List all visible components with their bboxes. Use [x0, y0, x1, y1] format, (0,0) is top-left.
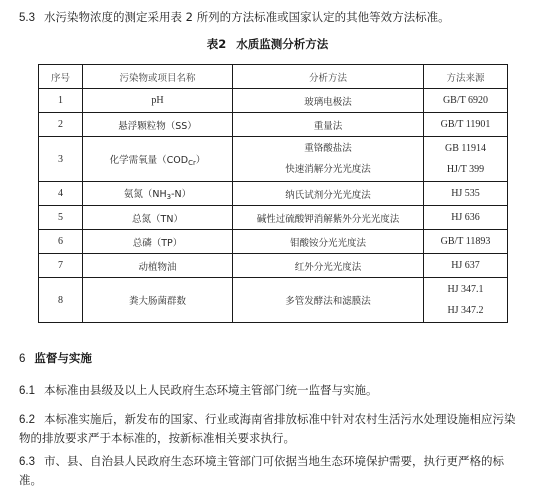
row-source: GB 11914 HJ/T 399 [424, 137, 508, 182]
row-name: 悬浮颗粒物（SS） [83, 113, 233, 137]
name-text: 化学需氧量（COD [110, 155, 188, 166]
row-name: pH [83, 89, 233, 113]
header-name: 污染物或项目名称 [83, 65, 233, 89]
table-caption-title: 水质监测分析方法 [236, 37, 328, 51]
clause-number: 5.3 [19, 12, 35, 24]
method-line: 快速消解分光光度法 [233, 159, 423, 180]
table-row: 3 化学需氧量（CODCr） 重铬酸盐法 快速消解分光光度法 GB 11914 … [39, 137, 508, 182]
row-no: 6 [39, 230, 83, 254]
row-source: GB/T 11901 [424, 113, 508, 137]
clause-text: 本标准实施后，新发布的国家、行业或海南省排放标准中针对农村生活污水处理设施相应污… [19, 412, 516, 445]
source-line: HJ/T 399 [424, 159, 507, 180]
row-method: 纳氏试剂分光光度法 [233, 182, 424, 206]
table-row: 8 粪大肠菌群数 多管发酵法和滤膜法 HJ 347.1 HJ 347.2 [39, 278, 508, 323]
section-title: 监督与实施 [34, 351, 92, 365]
row-method: 重量法 [233, 113, 424, 137]
row-source: GB/T 6920 [424, 89, 508, 113]
row-source: HJ 637 [424, 254, 508, 278]
source-line: GB 11914 [424, 138, 507, 159]
row-no: 8 [39, 278, 83, 323]
row-method: 重铬酸盐法 快速消解分光光度法 [233, 137, 424, 182]
row-method: 碱性过硫酸钾消解紫外分光光度法 [233, 206, 424, 230]
table-caption-label: 表2 [207, 37, 227, 51]
clause-text: 水污染物浓度的测定采用表 2 所列的方法标准或国家认定的其他等效方法标准。 [44, 10, 450, 24]
section-6-heading: 6监督与实施 [19, 350, 92, 366]
row-source: HJ 535 [424, 182, 508, 206]
row-method: 红外分光光度法 [233, 254, 424, 278]
row-source: HJ 347.1 HJ 347.2 [424, 278, 508, 323]
header-source: 方法来源 [424, 65, 508, 89]
row-method: 多管发酵法和滤膜法 [233, 278, 424, 323]
section-number: 6 [19, 353, 25, 365]
row-method: 钼酸铵分光光度法 [233, 230, 424, 254]
name-suffix: ） [196, 155, 206, 166]
row-method: 玻璃电极法 [233, 89, 424, 113]
name-text: 氨氮（NH [124, 189, 167, 200]
row-name: 氨氮（NH3-N） [83, 182, 233, 206]
clause-number: 6.3 [19, 456, 35, 468]
analysis-methods-table: 序号 污染物或项目名称 分析方法 方法来源 1 pH 玻璃电极法 GB/T 69… [38, 64, 508, 323]
row-no: 3 [39, 137, 83, 182]
clause-text: 本标准由县级及以上人民政府生态环境主管部门统一监督与实施。 [44, 383, 378, 397]
row-name: 总氮（TN） [83, 206, 233, 230]
table-row: 5 总氮（TN） 碱性过硫酸钾消解紫外分光光度法 HJ 636 [39, 206, 508, 230]
row-source: HJ 636 [424, 206, 508, 230]
clause-5-3: 5.3水污染物浓度的测定采用表 2 所列的方法标准或国家认定的其他等效方法标准。 [19, 8, 524, 27]
table-row: 2 悬浮颗粒物（SS） 重量法 GB/T 11901 [39, 113, 508, 137]
row-no: 5 [39, 206, 83, 230]
method-line: 重铬酸盐法 [233, 138, 423, 159]
header-method: 分析方法 [233, 65, 424, 89]
row-no: 1 [39, 89, 83, 113]
source-line: HJ 347.1 [424, 279, 507, 300]
clause-6-3: 6.3市、县、自治县人民政府生态环境主管部门可依据当地生态环境保护需要，执行更严… [19, 452, 524, 487]
clause-6-1: 6.1本标准由县级及以上人民政府生态环境主管部门统一监督与实施。 [19, 381, 524, 400]
table-row: 7 动植物油 红外分光光度法 HJ 637 [39, 254, 508, 278]
row-source: GB/T 11893 [424, 230, 508, 254]
row-no: 4 [39, 182, 83, 206]
table-row: 4 氨氮（NH3-N） 纳氏试剂分光光度法 HJ 535 [39, 182, 508, 206]
clause-number: 6.2 [19, 414, 35, 426]
row-name: 总磷（TP） [83, 230, 233, 254]
table-caption: 表2水质监测分析方法 [0, 36, 535, 52]
row-name: 化学需氧量（CODCr） [83, 137, 233, 182]
source-line: HJ 347.2 [424, 300, 507, 321]
row-name: 粪大肠菌群数 [83, 278, 233, 323]
clause-number: 6.1 [19, 385, 35, 397]
clause-text: 市、县、自治县人民政府生态环境主管部门可依据当地生态环境保护需要，执行更严格的标… [19, 454, 504, 487]
clause-6-2: 6.2本标准实施后，新发布的国家、行业或海南省排放标准中针对农村生活污水处理设施… [19, 410, 524, 447]
row-no: 2 [39, 113, 83, 137]
table-row: 1 pH 玻璃电极法 GB/T 6920 [39, 89, 508, 113]
row-name: 动植物油 [83, 254, 233, 278]
name-suffix: -N） [171, 189, 191, 200]
row-no: 7 [39, 254, 83, 278]
header-no: 序号 [39, 65, 83, 89]
name-subscript: Cr [188, 159, 196, 167]
table-header-row: 序号 污染物或项目名称 分析方法 方法来源 [39, 65, 508, 89]
table-row: 6 总磷（TP） 钼酸铵分光光度法 GB/T 11893 [39, 230, 508, 254]
